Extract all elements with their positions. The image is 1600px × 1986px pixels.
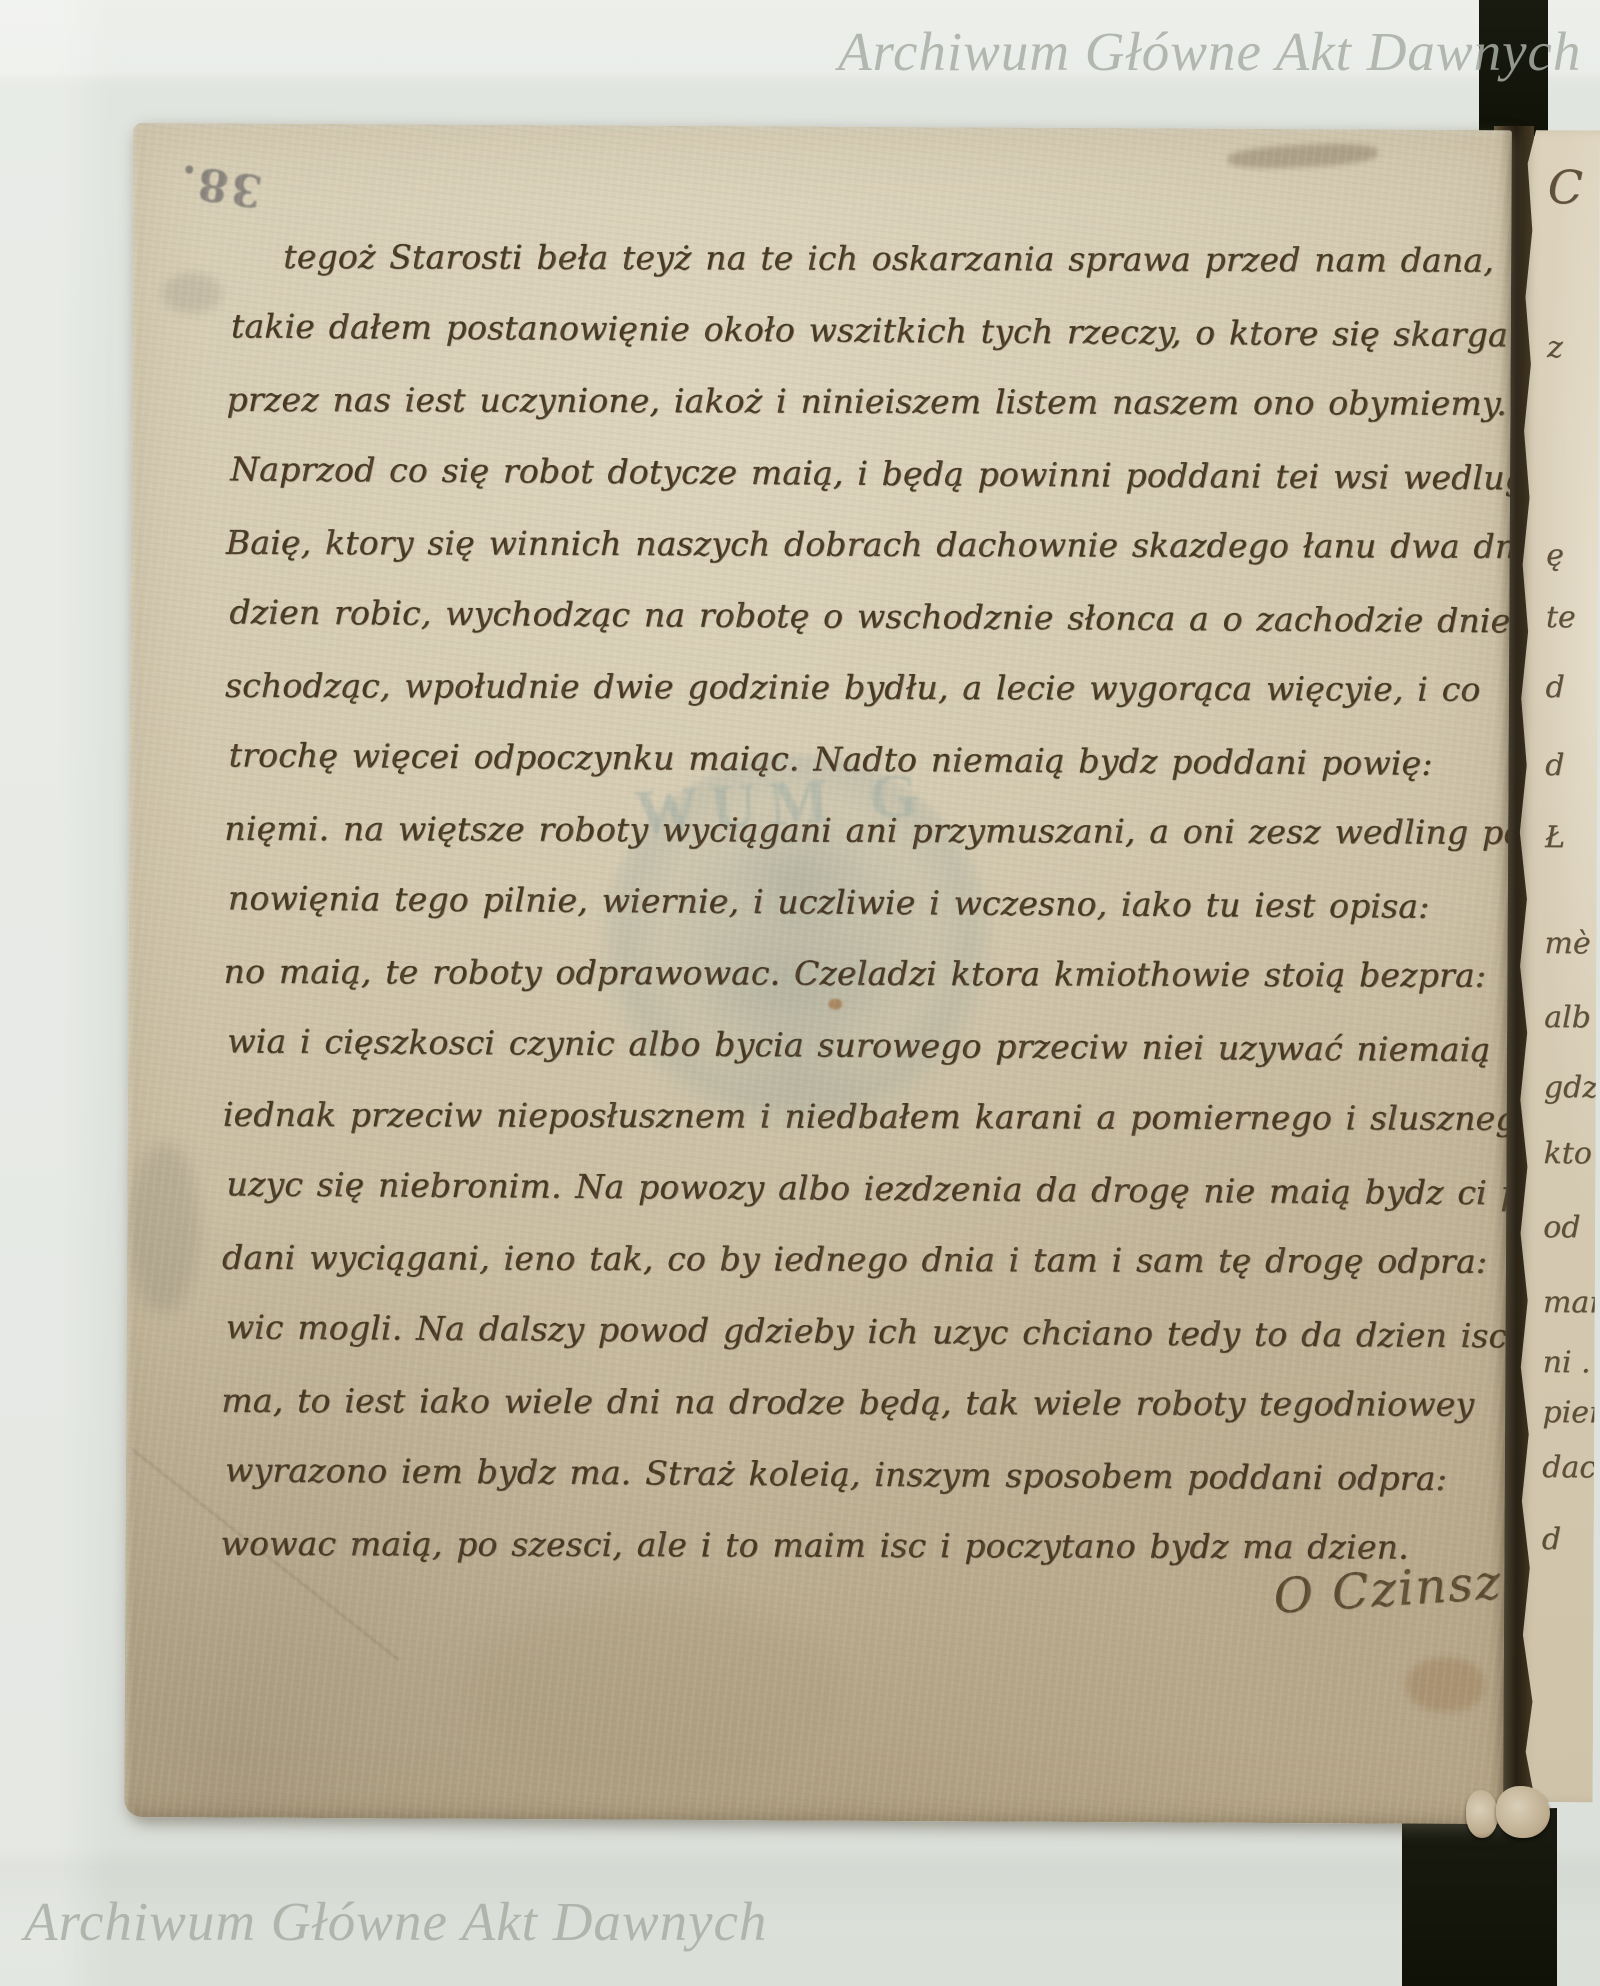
damp-stain — [464, 1595, 845, 1787]
next-page-text-fragment: gdz — [1544, 1070, 1598, 1105]
manuscript-line: Naprzod co się robot dotycze maią, i będ… — [230, 433, 1502, 513]
next-page-text-fragment: d — [1542, 1522, 1561, 1557]
manuscript-line: ma, to iest iako wiele dni na drodze będ… — [221, 1365, 1497, 1441]
manuscript-line: iednak przeciw nieposłusznem i niedbałem… — [223, 1079, 1499, 1155]
manuscript-line: nięmi. na więtsze roboty wyciągani ani p… — [224, 793, 1500, 869]
manuscript-line: dani wyciągani, ieno tak, co by iednego … — [222, 1222, 1498, 1298]
next-page-text-fragment: te — [1546, 600, 1576, 635]
scanned-manuscript-view: { "watermark": { "text": "Archiwum Główn… — [0, 0, 1600, 1986]
next-page-text-fragment: z — [1547, 330, 1563, 365]
next-page-text-fragment: pien — [1542, 1395, 1600, 1430]
manuscript-line: wic mogli. Na dalszy powod gdzieby ich u… — [225, 1291, 1497, 1371]
manuscript-line: trochę więcei odpoczynku maiąc. Nadto ni… — [228, 719, 1500, 799]
next-page-text-fragment: mè — [1544, 926, 1590, 961]
manuscript-line: dzien robic, wychodząc na robotę o wscho… — [229, 576, 1501, 656]
next-page-text-fragment: d — [1545, 670, 1564, 705]
next-page-text-fragment: od — [1543, 1210, 1580, 1245]
next-page-text-fragment: dach — [1542, 1450, 1600, 1485]
ink-smudge — [162, 273, 222, 313]
manuscript-line: tegoż Starosti beła teyż na te ich oskar… — [227, 221, 1503, 297]
torn-paper-remnant — [1496, 1786, 1550, 1838]
torn-paper-remnant — [1466, 1790, 1498, 1838]
next-page-text-fragment: C — [1548, 160, 1583, 214]
manuscript-page: 38. WUM G tegoż Starosti beła teyż na te… — [124, 123, 1512, 1824]
paper-stain — [129, 1143, 200, 1313]
binding-strap-top — [1479, 0, 1548, 138]
manuscript-line: schodząc, wpołudnie dwie godzinie bydłu,… — [225, 650, 1501, 726]
next-page-text-fragment: mar — [1543, 1285, 1600, 1320]
archive-watermark-top: Archiwum Główne Akt Dawnych — [838, 20, 1581, 83]
next-page-text-fragment: Ł — [1545, 820, 1565, 855]
next-page-text-fragment: alb — [1544, 1000, 1591, 1035]
archive-watermark-bottom: Archiwum Główne Akt Dawnych — [24, 1890, 767, 1953]
manuscript-line: Baię, ktory się winnich naszych dobrach … — [226, 507, 1502, 583]
manuscript-line: no maią, te roboty odprawowac. Czeladzi … — [223, 936, 1499, 1012]
paper-stain — [1407, 1658, 1485, 1712]
ink-smudge — [1227, 142, 1378, 171]
next-page-text-fragment: ni . — [1543, 1345, 1591, 1380]
manuscript-line: nowięnia tego pilnie, wiernie, i uczliwi… — [228, 862, 1500, 942]
handwritten-text-block: tegoż Starosti beła teyż na te ich oskar… — [220, 219, 1503, 1584]
manuscript-line: takie dałem postanowięnie około wszitkic… — [231, 290, 1503, 370]
next-page-text-fragment: ę — [1546, 538, 1564, 573]
folio-number: 38. — [173, 154, 265, 217]
next-page-text-fragment: d — [1545, 748, 1564, 783]
manuscript-line: uzyc się niebronim. Na powozy albo iezdz… — [226, 1148, 1498, 1228]
next-page-text-fragment: kto — [1543, 1136, 1591, 1171]
manuscript-line: wyrazono iem bydz ma. Straż koleią, insz… — [225, 1434, 1497, 1514]
manuscript-line: przez nas iest uczynione, iakoż i niniei… — [226, 364, 1502, 440]
manuscript-line: wia i cięszkosci czynic albo bycia surow… — [227, 1005, 1499, 1085]
